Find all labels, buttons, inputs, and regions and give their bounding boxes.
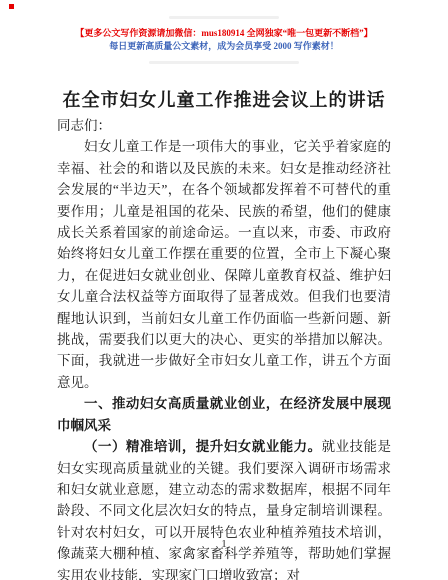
ad-header: 【更多公文写作资源请加微信：mus180914 全网独家“唯一包更新不断档”】 …: [0, 27, 448, 53]
ad-line-1: 【更多公文写作资源请加微信：mus180914 全网独家“唯一包更新不断档”】: [0, 27, 448, 40]
salutation: 同志们：: [57, 115, 391, 136]
corner-red-mark: [9, 4, 14, 9]
intro-paragraph: 妇女儿童工作是一项伟大的事业，它关乎着家庭的幸福、社会的和谐以及民族的未来。妇女…: [57, 136, 391, 393]
ad-line-2: 每日更新高质量公文素材，成为会员享受 2000 写作素材！: [0, 40, 448, 53]
document-body: 同志们： 妇女儿童工作是一项伟大的事业，它关乎着家庭的幸福、社会的和谐以及民族的…: [57, 115, 391, 580]
faded-text-artifact-bottom: [149, 61, 299, 64]
section-heading: 一、推动妇女高质量就业创业，在经济发展中展现巾帼风采: [57, 393, 391, 436]
faded-text-artifact-top: [169, 16, 279, 19]
document-page: 【更多公文写作资源请加微信：mus180914 全网独家“唯一包更新不断档”】 …: [0, 0, 448, 580]
document-title: 在全市妇女儿童工作推进会议上的讲话: [0, 86, 448, 112]
subsection-rest: 就业技能是妇女实现高质量就业的关键。我们要深入调研市场需求和妇女就业意愿，建立动…: [57, 439, 391, 580]
subsection-lead: （一）精准培训，提升妇女就业能力。: [84, 439, 322, 454]
page-number: 1: [0, 538, 448, 550]
subsection-paragraph: （一）精准培训，提升妇女就业能力。就业技能是妇女实现高质量就业的关键。我们要深入…: [57, 436, 391, 580]
